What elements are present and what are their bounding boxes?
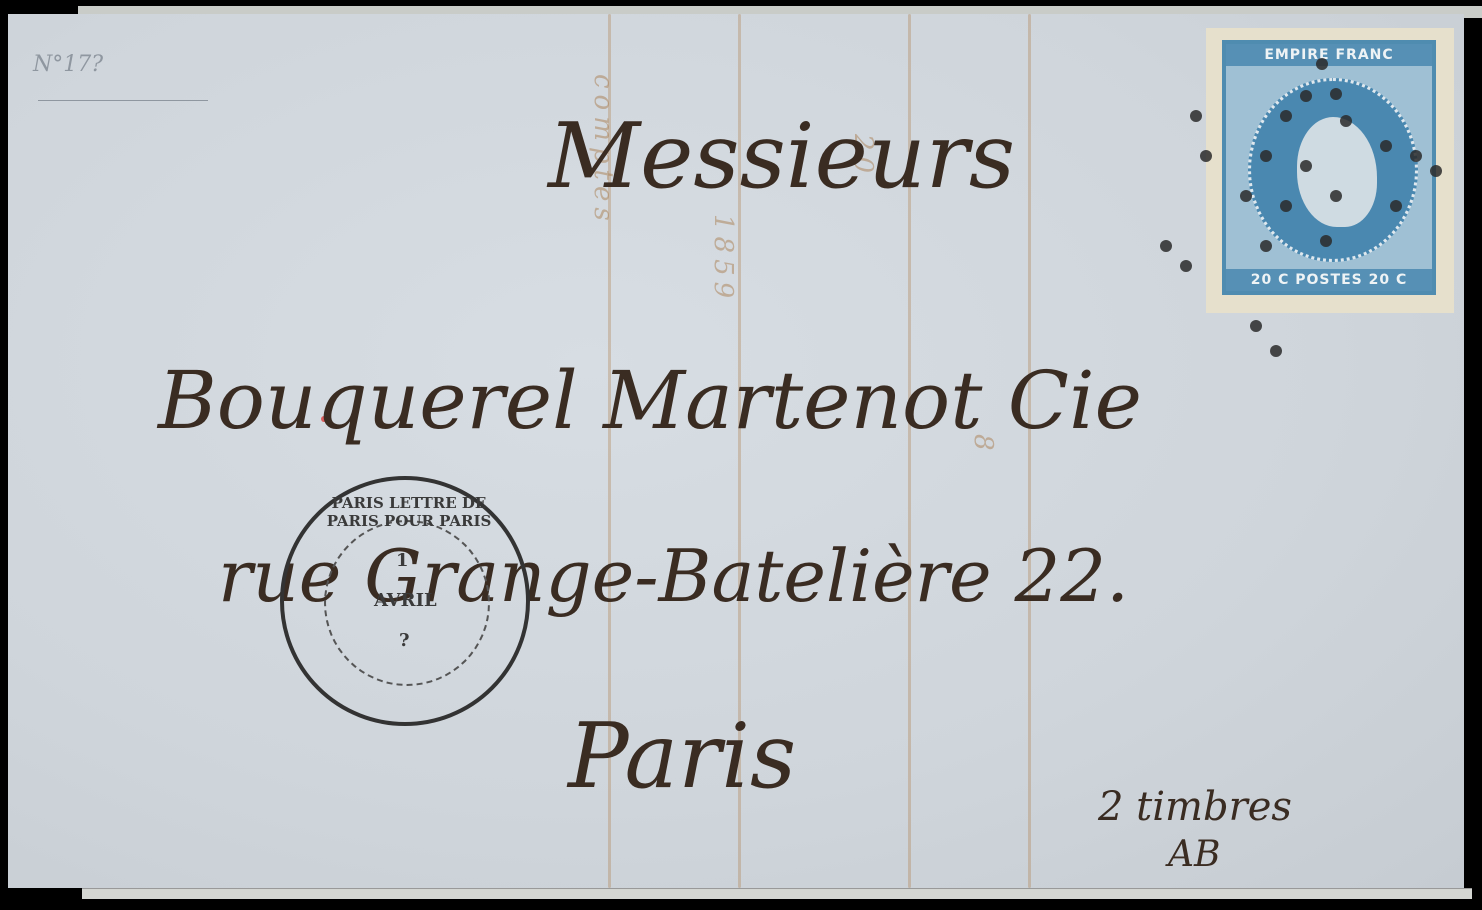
portrait-head-icon xyxy=(1297,117,1377,227)
pencil-note: N°17? xyxy=(33,52,103,77)
bleed-through-text: 1859 xyxy=(708,214,738,304)
postage-stamp: EMPIRE FRANC 20 C POSTES 20 C xyxy=(1206,28,1454,313)
postmark-date: 1 xyxy=(396,550,409,571)
address-note: 2 timbres xyxy=(1098,784,1292,830)
back-sheet-bottom-edge xyxy=(82,888,1472,899)
stamp-bottom-text: 20 C POSTES 20 C xyxy=(1226,269,1432,291)
bleed-through-stroke xyxy=(1028,14,1031,888)
pencil-underline xyxy=(38,100,208,101)
initials: AB xyxy=(1168,834,1220,875)
stamp-top-text: EMPIRE FRANC xyxy=(1226,44,1432,66)
postmark-text: PARIS LETTRE DE PARIS POUR PARIS xyxy=(314,494,504,530)
postmark: PARIS LETTRE DE PARIS POUR PARIS 1 AVRIL… xyxy=(280,476,530,726)
address-salutation: Messieurs xyxy=(548,104,1015,209)
postmark-date: AVRIL xyxy=(374,590,437,611)
address-name: Bouquerel Martenot Cie xyxy=(158,354,1142,447)
postmark-date: ? xyxy=(399,630,410,651)
address-city: Paris xyxy=(568,704,796,809)
stamp-portrait xyxy=(1248,78,1418,262)
stamp-frame: EMPIRE FRANC 20 C POSTES 20 C xyxy=(1222,40,1436,295)
